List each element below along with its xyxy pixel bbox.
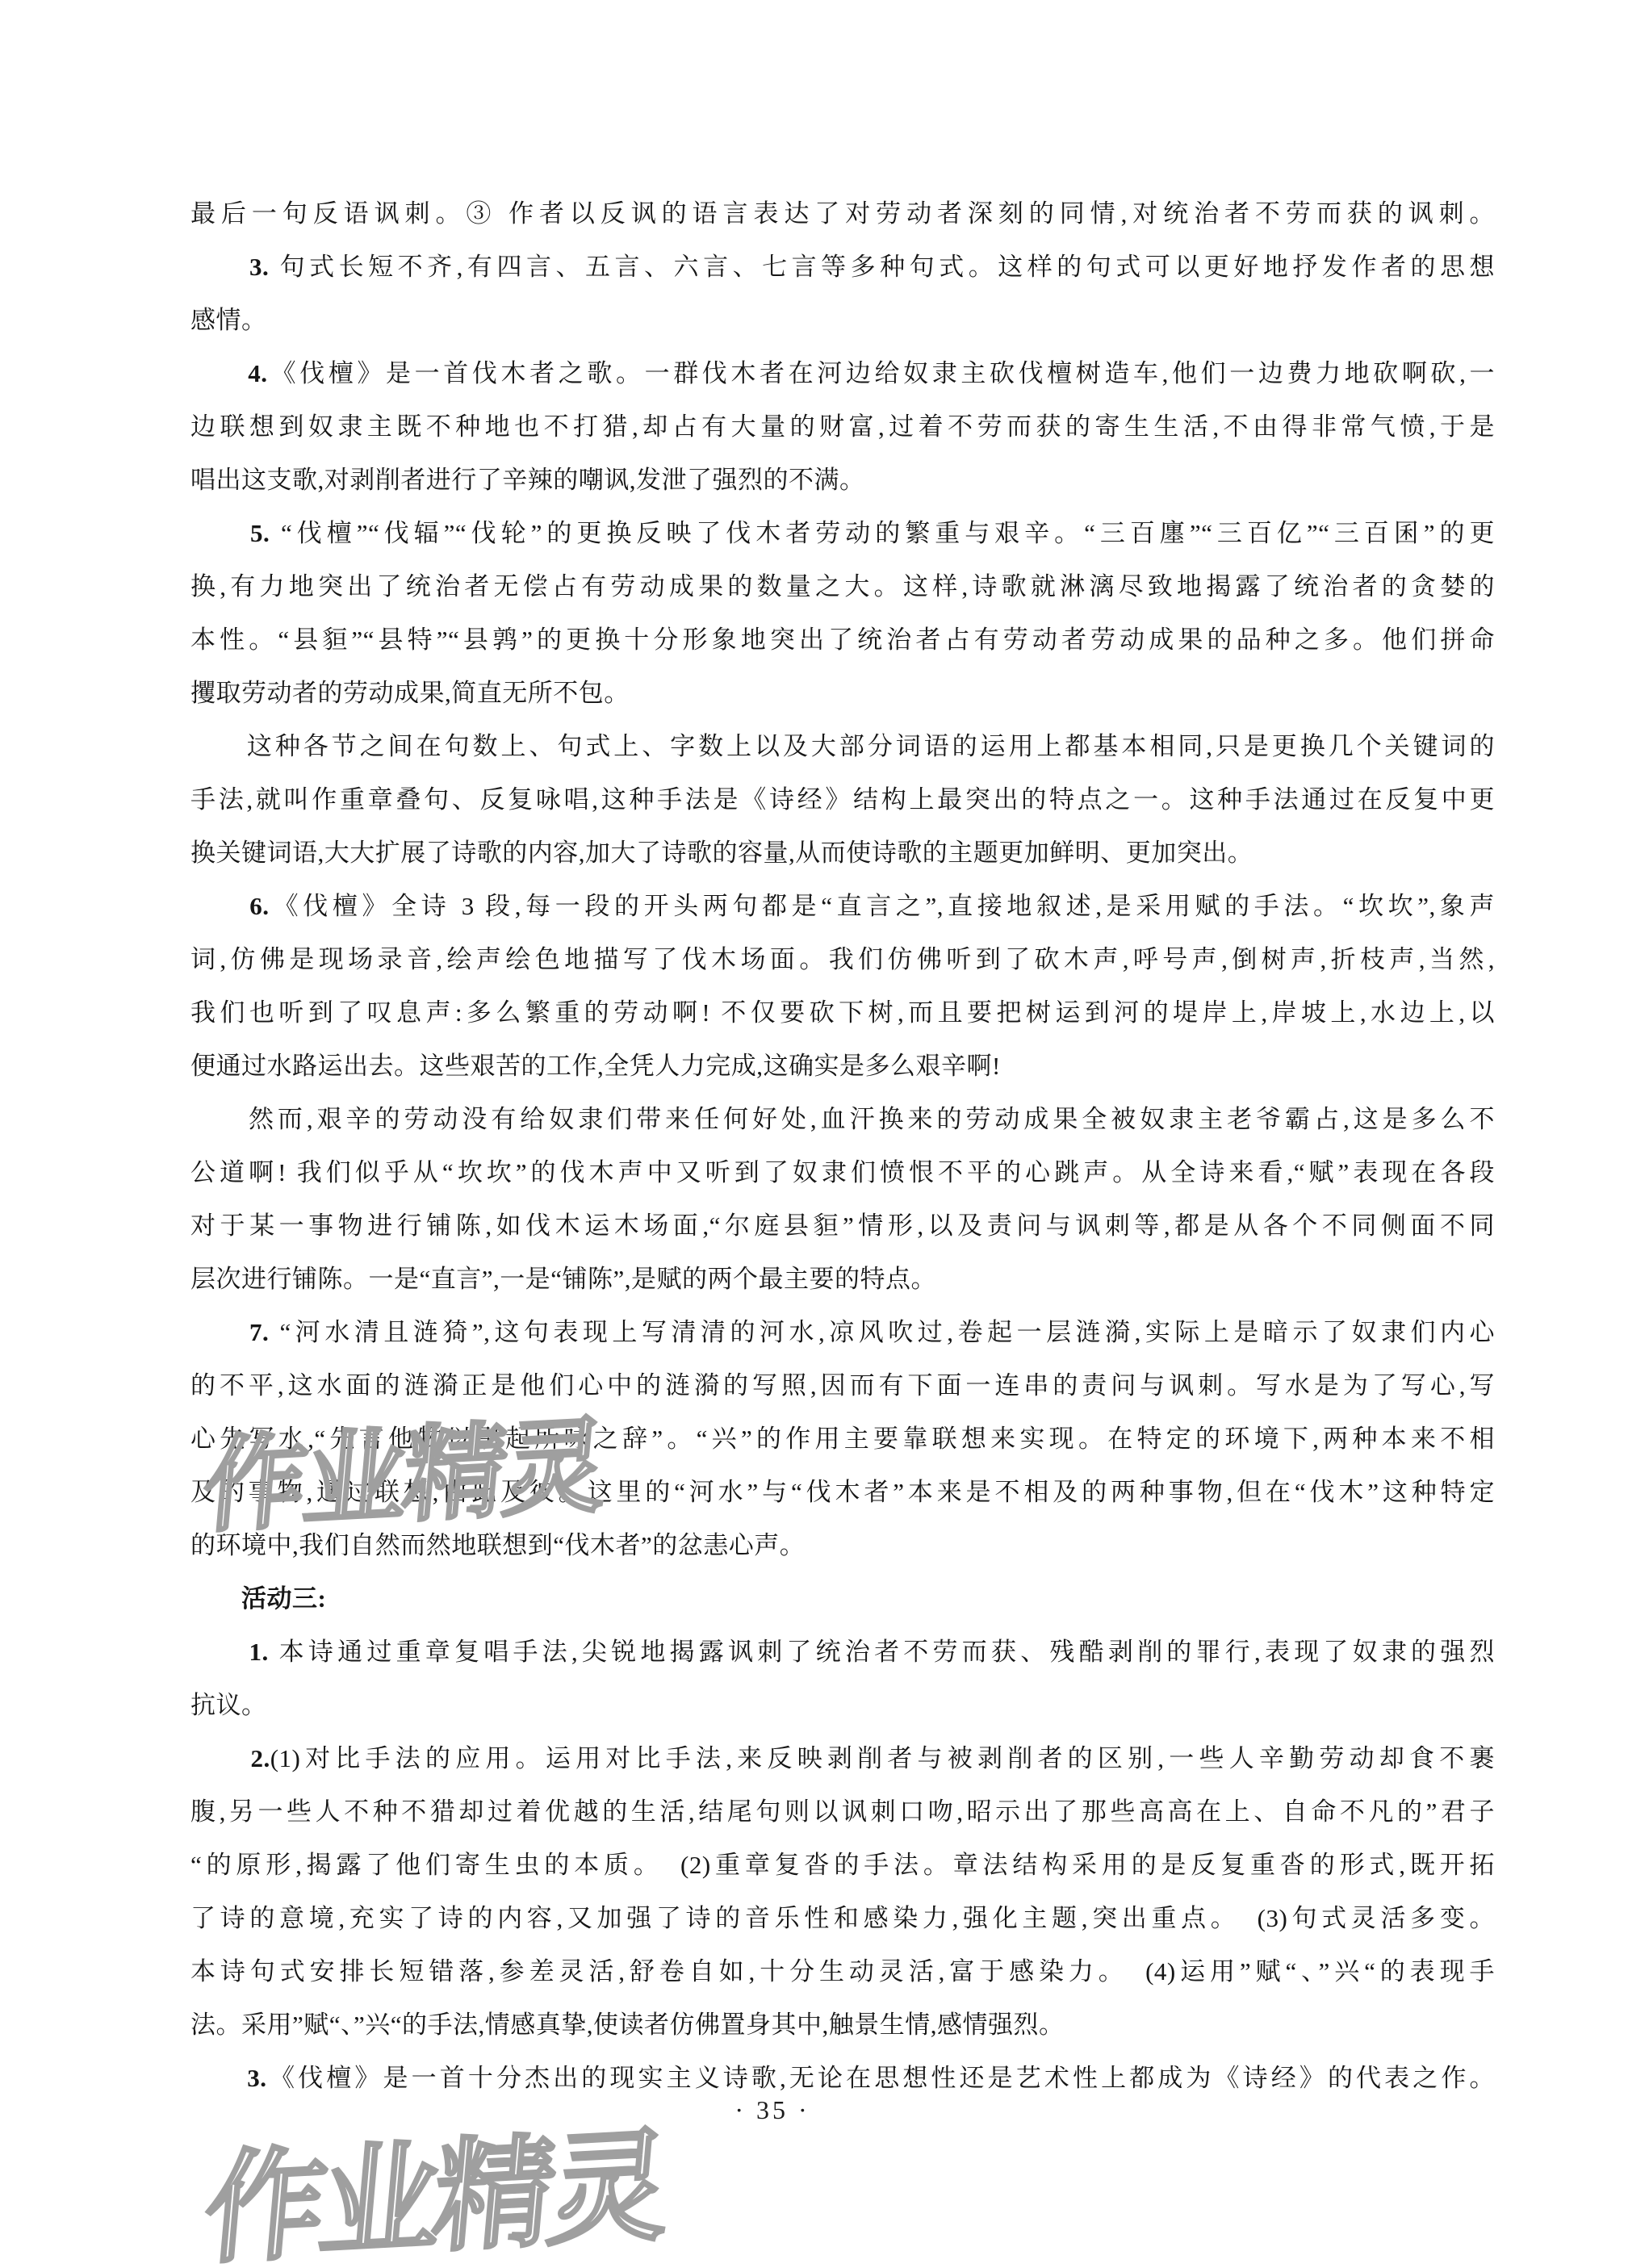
text-line: 我们也听到了叹息声:多么繁重的劳动啊! 不仅要砍下树,而且要把树运到河的堤岸上,… — [190, 986, 1495, 1040]
book-page: 最后一句反语讽刺。③ 作者以反讽的语言表达了对劳动者深刻的同情,对统治者不劳而获… — [0, 0, 1628, 2268]
text-line: 活动三: — [190, 1572, 1495, 1626]
text-line: 本性。“县貆”“县特”“县鹑”的更换十分形象地突出了统治者占有劳动者劳动成果的品… — [190, 613, 1495, 667]
text-line: 的环境中,我们自然而然地联想到“伐木者”的忿恚心声。 — [190, 1519, 1495, 1572]
text-line: 最后一句反语讽刺。③ 作者以反讽的语言表达了对劳动者深刻的同情,对统治者不劳而获… — [190, 187, 1495, 241]
text-line: 3.《伐檀》是一首十分杰出的现实主义诗歌,无论在思想性还是艺术性上都成为《诗经》… — [190, 2052, 1495, 2105]
text-line: “的原形,揭露了他们寄生虫的本质。 (2)重章复沓的手法。章法结构采用的是反复重… — [190, 1839, 1495, 1892]
text-line: 然而,艰辛的劳动没有给奴隶们带来任何好处,血汗换来的劳动成果全被奴隶主老爷霸占,… — [190, 1093, 1495, 1146]
item-number: 3. — [247, 2064, 266, 2092]
text-line: 边联想到奴隶主既不种地也不打猎,却占有大量的财富,过着不劳而获的寄生生活,不由得… — [190, 400, 1495, 454]
text-line: 攫取劳动者的劳动成果,简直无所不包。 — [190, 667, 1495, 720]
text-line: 对于某一事物进行铺陈,如伐木运木场面,“尔庭县貆”情形,以及责问与讽刺等,都是从… — [190, 1199, 1495, 1253]
text-line: 了诗的意境,充实了诗的内容,又加强了诗的音乐性和感染力,强化主题,突出重点。 (… — [190, 1892, 1495, 1945]
text-line: 1. 本诗通过重章复唱手法,尖锐地揭露讽刺了统治者不劳而获、残酷剥削的罪行,表现… — [190, 1626, 1495, 1679]
text-line: 及的事物,通过联想,由此及彼。这里的“河水”与“伐木者”本来是不相及的两种事物,… — [190, 1466, 1495, 1519]
text-line: 感情。 — [190, 294, 1495, 347]
text-line: 这种各节之间在句数上、句式上、字数上以及大部分词语的运用上都基本相同,只是更换几… — [190, 720, 1495, 773]
text-line: 便通过水路运出去。这些艰苦的工作,全凭人力完成,这确实是多么艰辛啊! — [190, 1040, 1495, 1093]
text-line: 5. “伐檀”“伐辐”“伐轮”的更换反映了伐木者劳动的繁重与艰辛。“三百廛”“三… — [190, 507, 1495, 560]
text-line: 本诗句式安排长短错落,参差灵活,舒卷自如,十分生动灵活,富于感染力。 (4)运用… — [190, 1945, 1495, 1998]
item-number: 活动三: — [241, 1584, 326, 1613]
text-line: 3. 句式长短不齐,有四言、五言、六言、七言等多种句式。这样的句式可以更好地抒发… — [190, 241, 1495, 294]
text-line: 手法,就叫作重章叠句、反复咏唱,这种手法是《诗经》结构上最突出的特点之一。这种手… — [190, 773, 1495, 826]
text-line: 层次进行铺陈。一是“直言”,一是“铺陈”,是赋的两个最主要的特点。 — [190, 1253, 1495, 1306]
item-number: 7. — [249, 1318, 269, 1346]
text-line: 公道啊! 我们似乎从“坎坎”的伐木声中又听到了奴隶们愤恨不平的心跳声。从全诗来看… — [190, 1146, 1495, 1199]
item-number: 5. — [250, 519, 270, 547]
text-line: 唱出这支歌,对剥削者进行了辛辣的嘲讽,发泄了强烈的不满。 — [190, 454, 1495, 507]
item-number: 6. — [249, 892, 269, 920]
item-number: 4. — [248, 359, 267, 387]
text-line: 心先写水,“先言他物以引起所咏之辞”。“兴”的作用主要靠联想来实现。在特定的环境… — [190, 1412, 1495, 1466]
text-line: 换,有力地突出了统治者无偿占有劳动成果的数量之大。这样,诗歌就淋漓尽致地揭露了统… — [190, 560, 1495, 613]
text-line: 2.(1)对比手法的应用。运用对比手法,来反映剥削者与被剥削者的区别,一些人辛勤… — [190, 1732, 1495, 1785]
text-line: 换关键词语,大大扩展了诗歌的内容,加大了诗歌的容量,从而使诗歌的主题更加鲜明、更… — [190, 826, 1495, 880]
text-line: 法。采用”赋“、”兴“的手法,情感真挚,使读者仿佛置身其中,触景生情,感情强烈。 — [190, 1998, 1495, 2052]
text-line: 腹,另一些人不种不猎却过着优越的生活,结尾句则以讽刺口吻,昭示出了那些高高在上、… — [190, 1785, 1495, 1839]
text-line: 7. “河水清且涟猗”,这句表现上写清清的河水,凉风吹过,卷起一层涟漪,实际上是… — [190, 1306, 1495, 1359]
text-line: 4.《伐檀》是一首伐木者之歌。一群伐木者在河边给奴隶主砍伐檀树造车,他们一边费力… — [190, 347, 1495, 400]
answer-text-block: 最后一句反语讽刺。③ 作者以反讽的语言表达了对劳动者深刻的同情,对统治者不劳而获… — [0, 0, 1628, 2268]
item-number: 1. — [249, 1638, 268, 1666]
item-number: 3. — [249, 253, 269, 281]
text-line: 抗议。 — [190, 1679, 1495, 1732]
page-number: · 35 · — [734, 2095, 810, 2125]
text-line: 词,仿佛是现场录音,绘声绘色地描写了伐木场面。我们仿佛听到了砍木声,呼号声,倒树… — [190, 933, 1495, 986]
item-number: 2. — [250, 1744, 270, 1772]
text-line: 6.《伐檀》全诗 3 段,每一段的开头两句都是“直言之”,直接地叙述,是采用赋的… — [190, 880, 1495, 933]
text-line: 的不平,这水面的涟漪正是他们心中的涟漪的写照,因而有下面一连串的责问与讽刺。写水… — [190, 1359, 1495, 1412]
